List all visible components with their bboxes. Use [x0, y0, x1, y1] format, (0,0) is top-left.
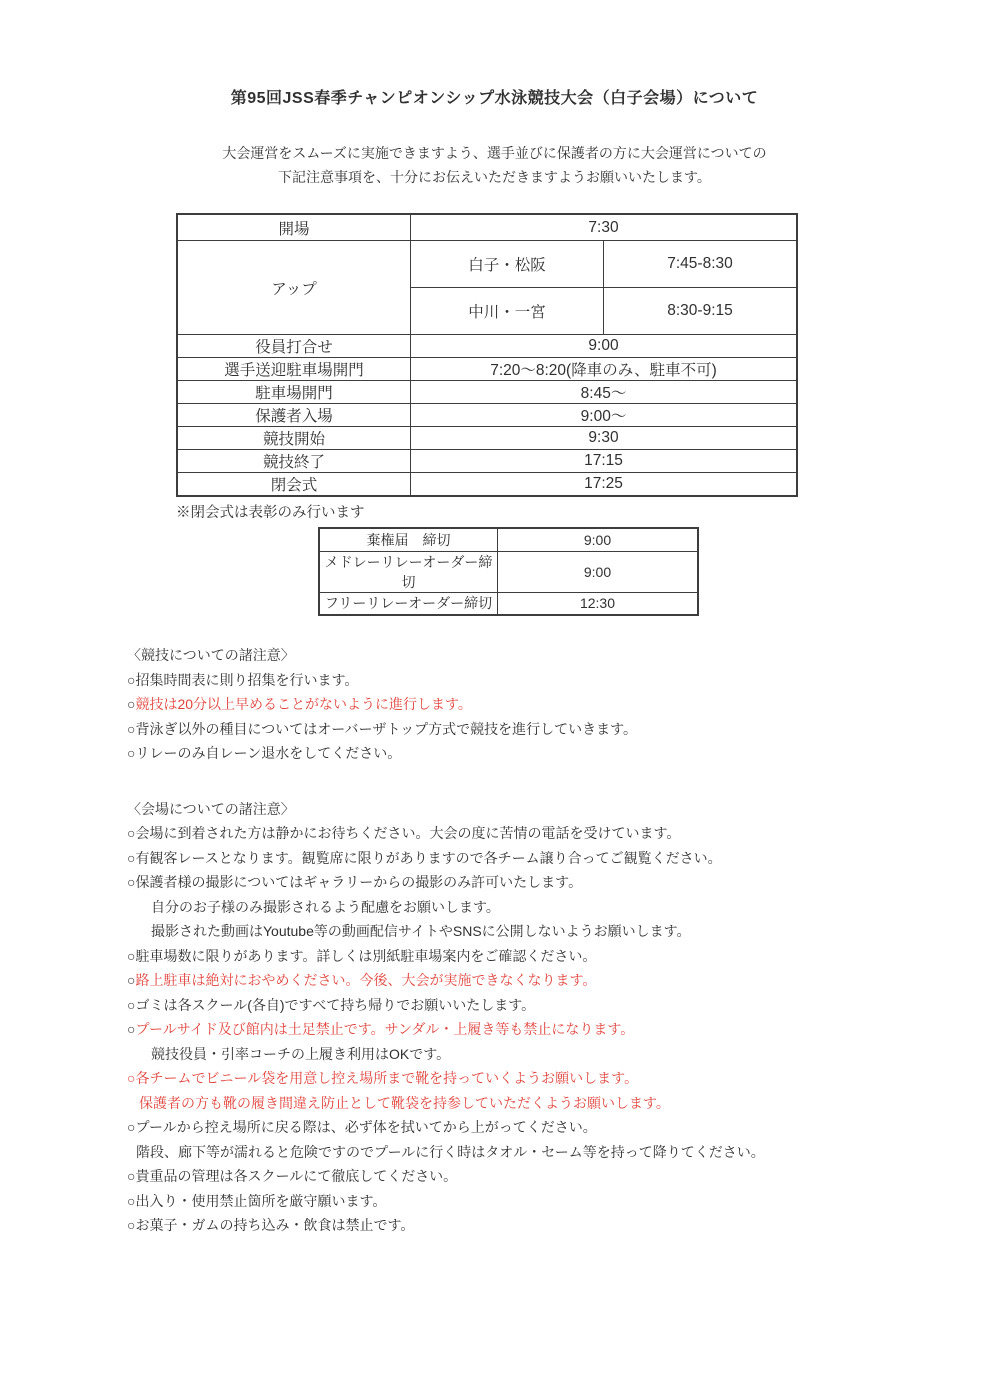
table-row: 駐車場開門 8:45～: [177, 381, 797, 404]
schedule-value: 8:45～: [411, 381, 798, 404]
schedule-label: 保護者入場: [177, 404, 411, 427]
table-row: 棄権届 締切 9:00: [319, 528, 698, 551]
note-line: ○お菓子・ガムの持ち込み・飲食は禁止です。: [127, 1213, 989, 1238]
note-line: ○競技は20分以上早めることがないように進行します。: [127, 692, 989, 717]
schedule-value: 9:00: [411, 335, 798, 358]
deadline-table: 棄権届 締切 9:00 メドレーリレーオーダー締切 9:00 フリーリレーオーダ…: [318, 527, 699, 616]
warmup-group: 白子・松阪: [411, 241, 604, 288]
note-line: ○プールから控え場所に戻る際は、必ず体を拭いてから上がってください。: [127, 1115, 989, 1140]
table-row: フリーリレーオーダー締切 12:30: [319, 592, 698, 615]
page-title: 第95回JSS春季チャンピオンシップ水泳競技大会（白子会場）について: [0, 0, 989, 110]
note-text: 招集時間表に則り招集を行います。: [135, 672, 358, 688]
note-line: ○路上駐車は絶対におやめください。今後、大会が実施できなくなります。: [127, 968, 989, 993]
note-text: 貴重品の管理は各スクールにて徹底してください。: [135, 1168, 457, 1184]
note-text: 有観客レースとなります。観覧席に限りがありますので各チーム譲り合ってご観覧くださ…: [135, 850, 721, 866]
intro-paragraph: 大会運営をスムーズに実施できますよう、選手並びに保護者の方に大会運営についての …: [0, 142, 989, 189]
note-text: 撮影された動画はYoutube等の動画配信サイトやSNSに公開しないようお願いし…: [151, 923, 691, 939]
intro-line: 大会運営をスムーズに実施できますよう、選手並びに保護者の方に大会運営についての: [0, 142, 989, 166]
note-text: お菓子・ガムの持ち込み・飲食は禁止です。: [135, 1217, 414, 1233]
note-line: ○背泳ぎ以外の種目についてはオーバーザトップ方式で競技を進行していきます。: [127, 717, 989, 742]
schedule-label: 競技開始: [177, 427, 411, 450]
schedule-value: 7:30: [411, 214, 798, 241]
schedule-label: アップ: [177, 241, 411, 335]
section-heading: 〈会場についての諸注意〉: [127, 797, 989, 822]
deadline-label: メドレーリレーオーダー締切: [319, 551, 498, 592]
note-text: リレーのみ自レーン退水をしてください。: [135, 745, 401, 761]
note-line: 自分のお子様のみ撮影されるよう配慮をお願いします。: [127, 895, 989, 920]
schedule-value: 9:00～: [411, 404, 798, 427]
note-text: 競技役員・引率コーチの上履き利用はOKです。: [151, 1046, 450, 1062]
note-text: 保護者様の撮影についてはギャラリーからの撮影のみ許可いたします。: [135, 874, 582, 890]
warmup-time: 8:30-9:15: [604, 288, 798, 335]
venue-notes-section: 〈会場についての諸注意〉 ○会場に到着された方は静かにお待ちください。大会の度に…: [127, 797, 989, 1238]
schedule-value: 17:15: [411, 450, 798, 473]
note-text: 会場に到着された方は静かにお待ちください。大会の度に苦情の電話を受けています。: [135, 825, 680, 841]
schedule-table: 開場 7:30 アップ 白子・松阪 7:45-8:30 中川・一宮 8:30-9…: [176, 213, 798, 497]
document-page: 第95回JSS春季チャンピオンシップ水泳競技大会（白子会場）について 大会運営を…: [0, 0, 989, 1400]
table-row: 閉会式 17:25: [177, 473, 797, 497]
deadline-value: 12:30: [498, 592, 699, 615]
schedule-label: 選手送迎駐車場開門: [177, 358, 411, 381]
table-row: 競技開始 9:30: [177, 427, 797, 450]
warmup-time: 7:45-8:30: [604, 241, 798, 288]
deadline-value: 9:00: [498, 528, 699, 551]
deadline-label: フリーリレーオーダー締切: [319, 592, 498, 615]
note-text: 保護者の方も靴の履き間違え防止として靴袋を持参していただくようお願いします。: [139, 1095, 670, 1111]
note-line: ○招集時間表に則り招集を行います。: [127, 668, 989, 693]
note-text: プールサイド及び館内は土足禁止です。サンダル・上履き等も禁止になります。: [135, 1021, 634, 1037]
note-line: 階段、廊下等が濡れると危険ですのでプールに行く時はタオル・セーム等を持って降りて…: [127, 1140, 989, 1165]
competition-notes-section: 〈競技についての諸注意〉 ○招集時間表に則り招集を行います。 ○競技は20分以上…: [127, 643, 989, 766]
section-heading: 〈競技についての諸注意〉: [127, 643, 989, 668]
note-text: 路上駐車は絶対におやめください。今後、大会が実施できなくなります。: [135, 972, 596, 988]
note-line: ○会場に到着された方は静かにお待ちください。大会の度に苦情の電話を受けています。: [127, 821, 989, 846]
table-row: 開場 7:30: [177, 214, 797, 241]
note-line: ○プールサイド及び館内は土足禁止です。サンダル・上履き等も禁止になります。: [127, 1017, 989, 1042]
table-row: 選手送迎駐車場開門 7:20～8:20(降車のみ、駐車不可): [177, 358, 797, 381]
note-line: ○貴重品の管理は各スクールにて徹底してください。: [127, 1164, 989, 1189]
schedule-value: 7:20～8:20(降車のみ、駐車不可): [411, 358, 798, 381]
note-line: 保護者の方も靴の履き間違え防止として靴袋を持参していただくようお願いします。: [127, 1091, 989, 1116]
note-text: 背泳ぎ以外の種目についてはオーバーザトップ方式で競技を進行していきます。: [135, 721, 636, 737]
note-text: 階段、廊下等が濡れると危険ですのでプールに行く時はタオル・セーム等を持って降りて…: [136, 1144, 765, 1160]
schedule-label: 役員打合せ: [177, 335, 411, 358]
note-text: 出入り・使用禁止箇所を厳守願います。: [135, 1193, 386, 1209]
note-line: ○ゴミは各スクール(各自)ですべて持ち帰りでお願いいたします。: [127, 993, 989, 1018]
schedule-value: 9:30: [411, 427, 798, 450]
note-line: 競技役員・引率コーチの上履き利用はOKです。: [127, 1042, 989, 1067]
note-line: ○出入り・使用禁止箇所を厳守願います。: [127, 1189, 989, 1214]
note-text: プールから控え場所に戻る際は、必ず体を拭いてから上がってください。: [135, 1119, 596, 1135]
note-line: 撮影された動画はYoutube等の動画配信サイトやSNSに公開しないようお願いし…: [127, 919, 989, 944]
note-text: 駐車場数に限りがあります。詳しくは別紙駐車場案内をご確認ください。: [135, 948, 596, 964]
deadline-value: 9:00: [498, 551, 699, 592]
deadline-label: 棄権届 締切: [319, 528, 498, 551]
schedule-value: 17:25: [411, 473, 798, 497]
note-line: ○有観客レースとなります。観覧席に限りがありますので各チーム譲り合ってご観覧くだ…: [127, 846, 989, 871]
schedule-label: 閉会式: [177, 473, 411, 497]
schedule-label: 競技終了: [177, 450, 411, 473]
note-line: ○リレーのみ自レーン退水をしてください。: [127, 741, 989, 766]
intro-line: 下記注意事項を、十分にお伝えいただきますようお願いいたします。: [0, 166, 989, 190]
table-row: 役員打合せ 9:00: [177, 335, 797, 358]
table-row: アップ 白子・松阪 7:45-8:30: [177, 241, 797, 288]
closing-ceremony-note: ※閉会式は表彰のみ行います: [176, 501, 989, 522]
note-line: ○駐車場数に限りがあります。詳しくは別紙駐車場案内をご確認ください。: [127, 944, 989, 969]
note-text: ゴミは各スクール(各自)ですべて持ち帰りでお願いいたします。: [135, 997, 535, 1013]
note-text: 各チームでビニール袋を用意し控え場所まで靴を持っていくようお願いします。: [135, 1070, 638, 1086]
note-line: ○保護者様の撮影についてはギャラリーからの撮影のみ許可いたします。: [127, 870, 989, 895]
note-text: 競技は20分以上早めることがないように進行します。: [135, 696, 471, 712]
table-row: 保護者入場 9:00～: [177, 404, 797, 427]
table-row: 競技終了 17:15: [177, 450, 797, 473]
warmup-group: 中川・一宮: [411, 288, 604, 335]
table-row: メドレーリレーオーダー締切 9:00: [319, 551, 698, 592]
schedule-label: 駐車場開門: [177, 381, 411, 404]
note-text: 自分のお子様のみ撮影されるよう配慮をお願いします。: [151, 899, 500, 915]
schedule-label: 開場: [177, 214, 411, 241]
note-line: ○各チームでビニール袋を用意し控え場所まで靴を持っていくようお願いします。: [127, 1066, 989, 1091]
